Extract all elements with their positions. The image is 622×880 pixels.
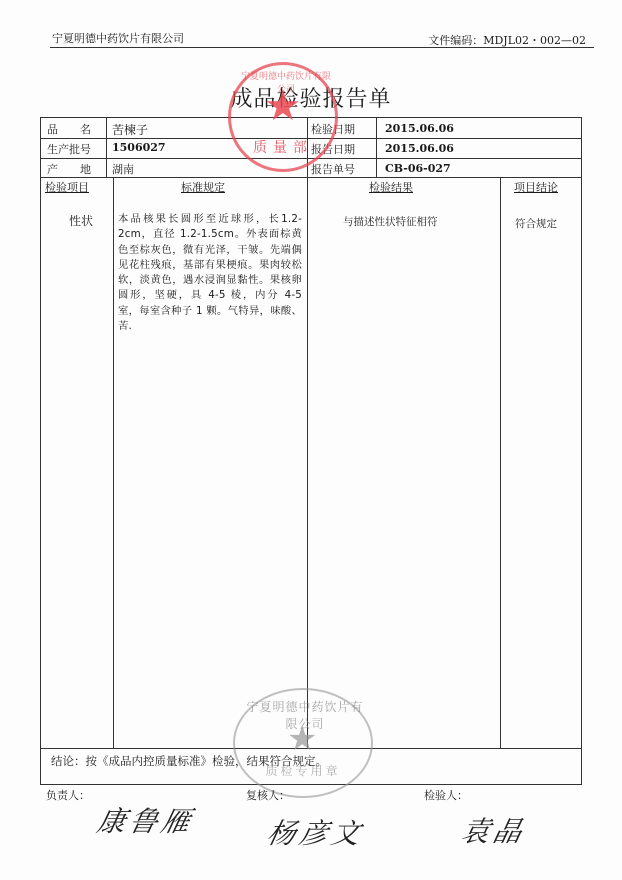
origin-value: 湖南 xyxy=(112,161,134,177)
row-conclusion: 符合规定 xyxy=(515,216,557,231)
report-table: 品 名 苦楝子 生产批号 1506027 产 地 湖南 检验日期 2015.06… xyxy=(40,117,582,785)
divider xyxy=(500,177,501,748)
report-no-label: 报告单号 xyxy=(311,161,355,177)
row-item: 性状 xyxy=(69,212,93,229)
stamp-dept-text: 质量部 xyxy=(231,137,335,157)
column-header-standard: 标准规定 xyxy=(181,179,225,195)
inspector-signature: 袁晶 xyxy=(458,810,531,850)
star-icon: ★ xyxy=(287,722,317,756)
company-name: 宁夏明德中药饮片有限公司 xyxy=(52,30,184,46)
row-result: 与描述性状特征相符 xyxy=(343,214,438,229)
responsible-label: 负责人： xyxy=(46,787,90,803)
origin-label: 产 地 xyxy=(47,161,91,177)
product-name-value: 苦楝子 xyxy=(112,121,148,138)
batch-label: 生产批号 xyxy=(47,141,91,157)
header-divider xyxy=(50,47,594,48)
column-header-conclusion: 项目结论 xyxy=(514,179,558,195)
stamp-dept-text: 质检专用章 xyxy=(235,762,371,779)
inspect-date-value: 2015.06.06 xyxy=(385,122,454,135)
column-header-result: 检验结果 xyxy=(369,179,413,195)
divider xyxy=(307,177,308,748)
divider xyxy=(376,118,377,177)
report-no-value: CB-06-027 xyxy=(385,162,451,175)
reviewer-label: 复核人： xyxy=(246,787,290,803)
document-code: 文件编码：MDJL02・002—02 xyxy=(428,32,586,48)
divider xyxy=(106,118,107,177)
star-icon: ★ xyxy=(264,85,302,127)
batch-value: 1506027 xyxy=(112,141,166,154)
quality-dept-stamp: 宁夏明德中药饮片有限公司 ★ 质量部 xyxy=(228,62,338,172)
qc-stamp: 宁夏明德中药饮片有限公司 ★ 质检专用章 xyxy=(233,688,373,798)
divider xyxy=(113,177,114,748)
product-name-label: 品 名 xyxy=(47,121,91,137)
column-header-item: 检验项目 xyxy=(45,179,89,195)
responsible-signature: 康鲁雁 xyxy=(94,800,199,840)
reviewer-signature: 杨彦文 xyxy=(264,812,369,852)
row-standard: 本品核果长圆形至近球形，长1.2-2cm，直径 1.2-1.5cm。外表面棕黄色… xyxy=(118,212,302,334)
inspector-label: 检验人： xyxy=(424,787,468,803)
report-date-value: 2015.06.06 xyxy=(385,142,454,155)
